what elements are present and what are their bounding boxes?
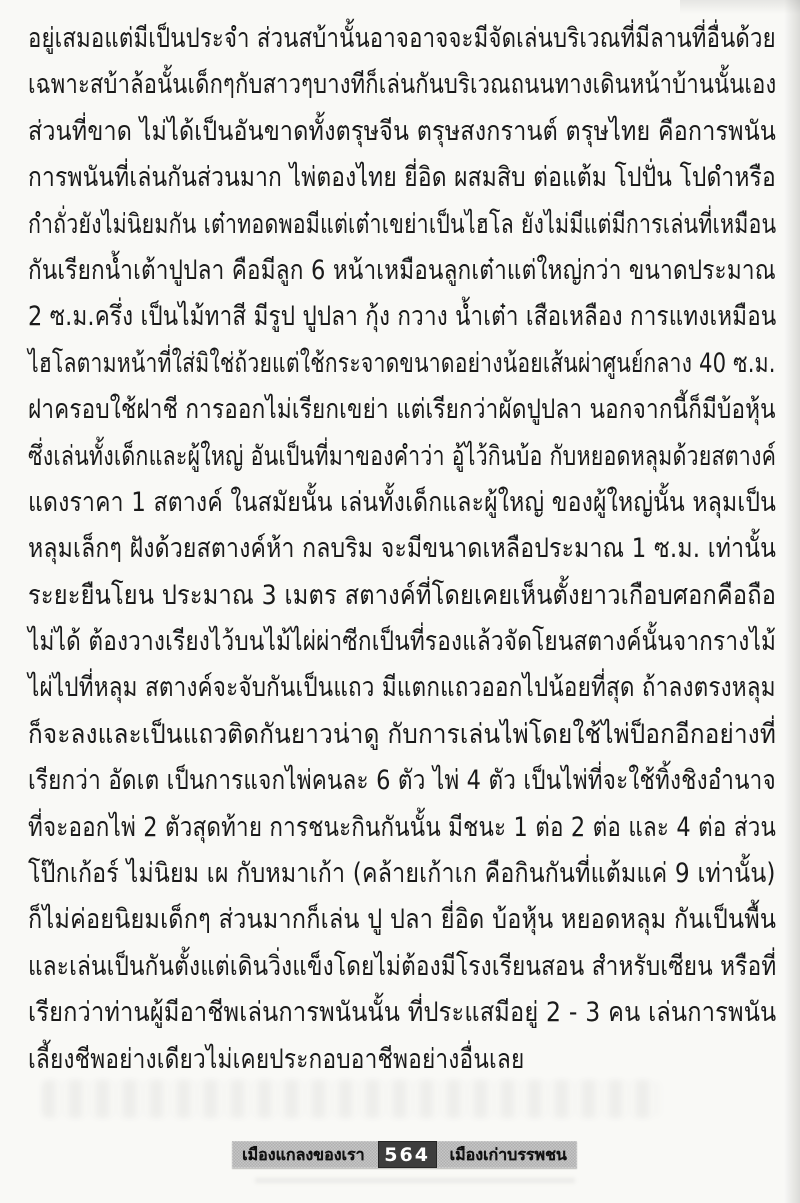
- text-line: หลุมเล็กๆ ฝังด้วยสตางค์ห้า กลบริม จะมีขน…: [28, 526, 667, 572]
- text-line: การพนันที่เล่นกันส่วนมาก ไพ่ตองไทย ยี่อิ…: [28, 155, 660, 201]
- text-line: ก็ไม่ค่อยนิยมเด็กๆ ส่วนมากก็เล่น ปู ปลา …: [28, 897, 679, 943]
- text-line: โป๊กเก้อร์ ไม่นิยม เผ กับหมาเก้า (คล้ายเ…: [28, 851, 672, 897]
- scan-bleedthrough-smudge: [42, 1080, 662, 1118]
- text-line: เลี้ยงชีพอย่างเดียวไม่เคยประกอบอาชีพอย่า…: [28, 1037, 656, 1083]
- text-line: ไผ่ไปที่หลุม สตางค์จะจับกันเป็นแถว มีแตก…: [28, 665, 651, 711]
- text-line: ฝาครอบใช้ฝาชี การออกไม่เรียกเขย่า แต่เรี…: [28, 387, 652, 433]
- footer-left-title: เมืองแกลงของเรา: [242, 1141, 364, 1168]
- text-line: ไฮโลตามหน้าที่ใส่มิใช่ถ้วยแต่ใช้กระจาดขน…: [28, 341, 615, 387]
- text-line: ส่วนที่ขาด ไม่ได้เป็นอันขาดทั้งตรุษจีน ต…: [28, 109, 674, 155]
- footer-right-title: เมืองเก่าบรรพชน: [450, 1141, 567, 1168]
- text-line: อยู่เสมอแต่มีเป็นประจำ ส่วนสบ้านั้นอาจอา…: [28, 16, 643, 62]
- text-line: กันเรียกน้ำเต้าปูปลา คือมีลูก 6 หน้าเหมื…: [28, 248, 653, 294]
- page-corner-shadow: [680, 0, 800, 14]
- text-line: ที่จะออกไพ่ 2 ตัวสุดท้าย การชนะกินกันนั้…: [28, 805, 650, 851]
- text-line: ก็จะลงและเป็นแถวติดกันยาวน่าดู กับการเล่…: [28, 712, 701, 758]
- text-line: แดงราคา 1 สตางค์ ในสมัยนั้น เล่นทั้งเด็ก…: [28, 480, 665, 526]
- footer-bar: เมืองแกลงของเรา 564 เมืองเก่าบรรพชน: [232, 1141, 577, 1168]
- text-line: กำถั่วยังไม่นิยมกัน เต๋าทอดพอมีแต่เต๋าเข…: [28, 202, 621, 248]
- text-line: ซึ่งเล่นทั้งเด็กและผู้ใหญ่ อันเป็นที่มาข…: [28, 434, 622, 480]
- text-line: เรียกว่า อัดเต เป็นการแจกไพ่คนละ 6 ตัว ไ…: [28, 758, 652, 804]
- text-line: 2 ซ.ม.ครึ่ง เป็นไม้ทาสี มีรูป ปูปลา กุ้ง…: [28, 294, 650, 340]
- scanned-book-page: อยู่เสมอแต่มีเป็นประจำ ส่วนสบ้านั้นอาจอา…: [0, 0, 800, 1203]
- page-edge-shadow: [784, 0, 800, 1203]
- page-number: 564: [384, 1144, 430, 1166]
- body-text: อยู่เสมอแต่มีเป็นประจำ ส่วนสบ้านั้นอาจอา…: [28, 16, 776, 1083]
- page-number-box: 564: [378, 1141, 437, 1168]
- text-line: ไม่ได้ ต้องวางเรียงไว้บนไม้ไผ่ผ่าซีกเป็น…: [28, 619, 655, 665]
- text-line: ระยะยืนโยน ประมาณ 3 เมตร สตางค์ที่โดยเคย…: [28, 573, 682, 619]
- scan-smudge: [255, 1178, 575, 1183]
- text-line: เฉพาะสบ้าล้อนั้นเด็กๆกับสาวๆบางทีก็เล่นก…: [28, 62, 637, 108]
- text-line: เรียกว่าท่านผู้มีอาชีพเล่นการพนันนั้น ที…: [28, 990, 682, 1036]
- text-line: และเล่นเป็นกันตั้งแต่เดินวิ่งแข็งโดยไม่ต…: [28, 944, 655, 990]
